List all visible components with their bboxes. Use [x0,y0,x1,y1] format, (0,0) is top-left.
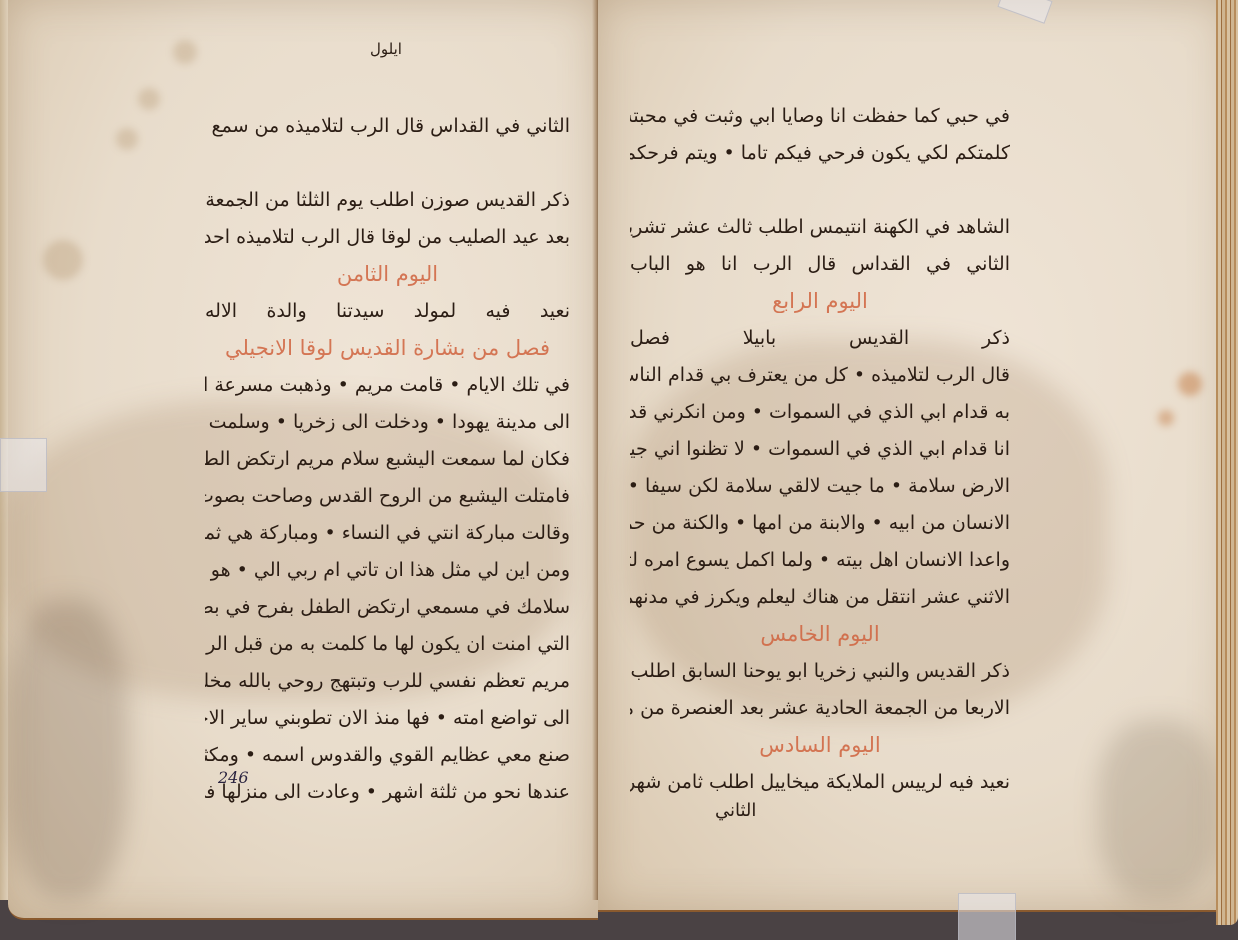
text-line: الى تواضع امته • فها منذ الان تطوبني ساي… [205,700,570,737]
folio-number: 246 [218,768,249,787]
text-line: بعد عيد الصليب من لوقا قال الرب لتلاميذه… [205,219,570,256]
rubric-heading: اليوم الرابع [630,283,1010,320]
text-line: نعيد فيه لمولد سيدتنا والدة الاله [205,293,570,330]
text-line: الى مدينة يهودا • ودخلت الى زخريا • وسلم… [205,404,570,441]
text-line: الثاني في القداس قال الرب انا هو الباب [630,246,1010,283]
rubric-heading: اليوم السادس [630,727,1010,764]
right-page-text: في حبي كما حفظت انا وصايا ابي وثبت في مح… [630,98,1010,801]
text-line: به قدام ابي الذي في السموات • ومن انكرني… [630,394,1010,431]
text-line: انا قدام ابي الذي في السموات • لا تظنوا … [630,431,1010,468]
text-line: ذكر القديس صوزن اطلب يوم الثلثا من الجمع… [205,182,570,219]
rubric-heading: فصل من بشارة القديس لوقا الانجيلي [205,330,570,367]
text-line: وقالت مباركة انتي في النساء • ومباركة هي… [205,515,570,552]
bottom-tab-marker [958,893,1016,940]
text-line: في تلك الايام • قامت مريم • وذهبت مسرعة … [205,367,570,404]
text-line: واعدا الانسان اهل بيته • ولما اكمل يسوع … [630,542,1010,579]
rubric-heading: اليوم الخامس [630,616,1010,653]
right-fore-edge [1216,0,1238,925]
text-line: الثاني في القداس قال الرب لتلاميذه من سم… [205,108,570,145]
running-header: ايلول [370,40,402,58]
text-line: ومن اين لي مثل هذا ان تاتي ام ربي الي • … [205,552,570,589]
text-line: سلامك في مسمعي ارتكض الطفل بفرح في بطني … [205,589,570,626]
text-line: الاربعا من الجمعة الحادية عشر بعد العنصر… [630,690,1010,727]
text-line: التي امنت ان يكون لها ما كلمت به من قبل … [205,626,570,663]
text-line: فامتلت اليشبع من الروح القدس وصاحت بصوت … [205,478,570,515]
text-line: في حبي كما حفظت انا وصايا ابي وثبت في مح… [630,98,1010,135]
manuscript-spread: ايلول الثاني في القداس قال الرب لتلاميذه… [0,0,1238,940]
text-line: الشاهد في الكهنة انتيمس اطلب ثالث عشر تش… [630,209,1010,246]
text-line: ذكر القديس والنبي زخريا ابو يوحنا السابق… [630,653,1010,690]
text-line: نعيد فيه لرييس الملايكة ميخاييل اطلب ثام… [630,764,1010,801]
text-line: ذكر القديس بابيلا فصل [630,320,1010,357]
text-line: الانسان من ابيه • والابنة من امها • والك… [630,505,1010,542]
text-line: مريم تعظم نفسي للرب وتبتهج روحي بالله مخ… [205,663,570,700]
catchword: الثاني [715,800,756,821]
left-page-tab-marker [0,438,47,492]
text-line: الارض سلامة • ما جيت لالقي سلامة لكن سيف… [630,468,1010,505]
left-page-text: الثاني في القداس قال الرب لتلاميذه من سم… [205,108,570,811]
text-line: عندها نحو من ثلثة اشهر • وعادت الى منزله… [205,774,570,811]
text-line: الاثني عشر انتقل من هناك ليعلم ويكرز في … [630,579,1010,616]
text-line: فكان لما سمعت اليشبع سلام مريم ارتكض الط… [205,441,570,478]
text-line [205,145,570,182]
text-line: قال الرب لتلاميذه • كل من يعترف بي قدام … [630,357,1010,394]
text-line: كلمتكم لكي يكون فرحي فيكم تاما • ويتم فر… [630,135,1010,172]
rubric-heading: اليوم الثامن [205,256,570,293]
text-line [630,172,1010,209]
text-line: صنع معي عظايم القوي والقدوس اسمه • ومكثت… [205,737,570,774]
